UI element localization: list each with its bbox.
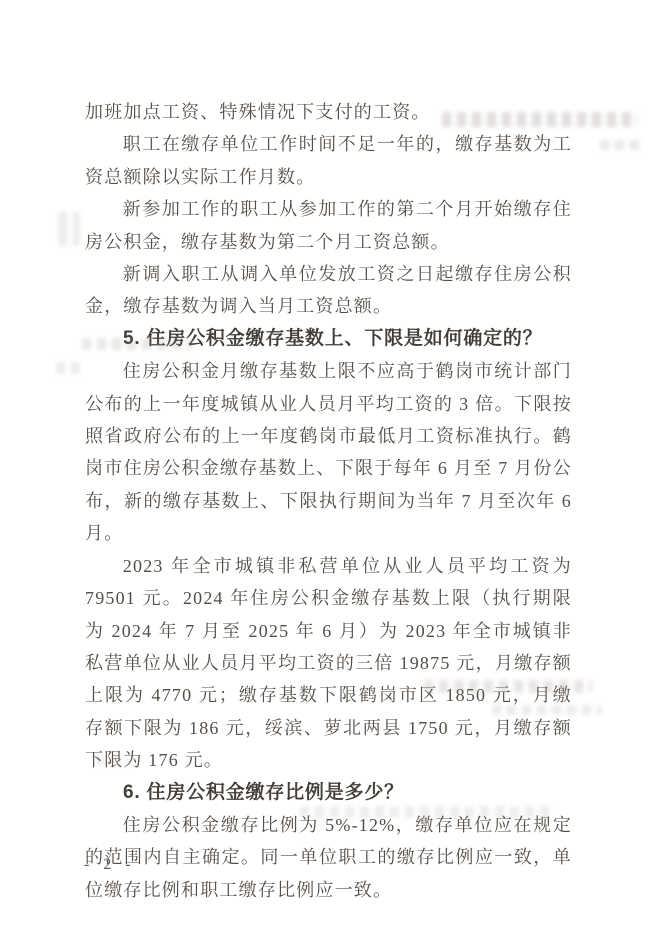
section-heading-5: 5. 住房公积金缴存基数上、下限是如何确定的？ — [85, 323, 572, 355]
paragraph: 住房公积金月缴存基数上限不应高于鹤岗市统计部门公布的上一年度城镇从业人员月平均工… — [85, 355, 572, 549]
page-number: - 2 - — [84, 856, 136, 874]
paragraph: 住房公积金缴存比例为 5%-12%，缴存单位应在规定的范围内自主确定。同一单位职… — [85, 809, 572, 906]
scanned-document-page: 加班加点工资、特殊情况下支付的工资。 职工在缴存单位工作时间不足一年的，缴存基数… — [0, 0, 652, 929]
document-body: 加班加点工资、特殊情况下支付的工资。 职工在缴存单位工作时间不足一年的，缴存基数… — [85, 96, 572, 906]
paragraph: 新参加工作的职工从参加工作的第二个月开始缴存住房公积金，缴存基数为第二个月工资总… — [85, 193, 572, 258]
section-heading-6: 6. 住房公积金缴存比例是多少？ — [85, 777, 572, 809]
bleed-through-mark — [58, 212, 80, 246]
paragraph: 新调入职工从调入单位发放工资之日起缴存住房公积金，缴存基数为调入当月工资总额。 — [85, 258, 572, 323]
bleed-through-mark — [600, 140, 640, 150]
paragraph: 2023 年全市城镇非私营单位从业人员平均工资为 79501 元。2024 年住… — [85, 550, 572, 777]
paragraph: 职工在缴存单位工作时间不足一年的，缴存基数为工资总额除以实际工作月数。 — [85, 128, 572, 193]
paragraph-continuation: 加班加点工资、特殊情况下支付的工资。 — [85, 96, 572, 128]
bleed-through-mark — [56, 362, 86, 374]
